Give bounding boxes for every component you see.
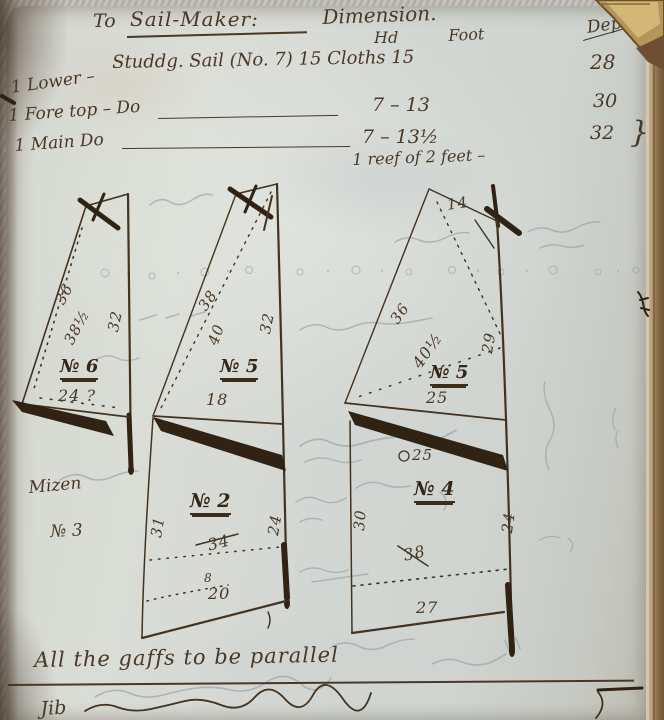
row2-nums: 7 – 13	[372, 96, 430, 115]
no4-luff: 30	[352, 509, 369, 531]
row3-depth: 32	[590, 124, 614, 143]
no6-leech: 32	[106, 309, 125, 333]
no2-leech: 24	[266, 513, 284, 536]
no5mid-foot: 18	[206, 392, 228, 408]
brace: }	[630, 118, 649, 148]
no5right-leech: 29	[480, 331, 498, 354]
no4-head: 25	[412, 448, 433, 463]
no4-foot: 27	[416, 600, 438, 616]
margin-note-mizen: Mizen	[28, 475, 82, 497]
no5right-foot: 25	[426, 390, 448, 406]
footer-note: All the gaffs to be parallel	[34, 645, 339, 671]
row2-depth: 30	[593, 92, 617, 111]
ink-stray-marks	[2, 96, 649, 718]
row3-nums: 7 – 13½	[362, 128, 438, 147]
margin-note-no3: № 3	[50, 522, 83, 541]
no2-label: № 2	[190, 492, 231, 515]
no2-foot: 20	[208, 586, 230, 602]
no4-leech: 24	[500, 511, 518, 534]
no2-luff: 31	[149, 515, 167, 538]
manuscript-photo: To Sail-Maker: Dimension. Hd Foot Depth …	[0, 0, 664, 720]
no5right-head: 14	[446, 195, 469, 213]
footer-partial-line: Jib	[40, 699, 67, 719]
no6-foot: 24 ?	[58, 388, 96, 404]
no6-label: № 6	[60, 358, 98, 380]
no5right-label: № 5	[430, 364, 468, 386]
no5mid-leech: 32	[258, 311, 277, 335]
reef-note: 1 reef of 2 feet –	[352, 147, 486, 168]
no5mid-label: № 5	[220, 358, 258, 380]
no4-label: № 4	[414, 480, 455, 503]
clasp-area	[0, 0, 664, 80]
no2-foot-sup: 8	[204, 572, 213, 584]
no4-cross: 38	[402, 543, 427, 563]
